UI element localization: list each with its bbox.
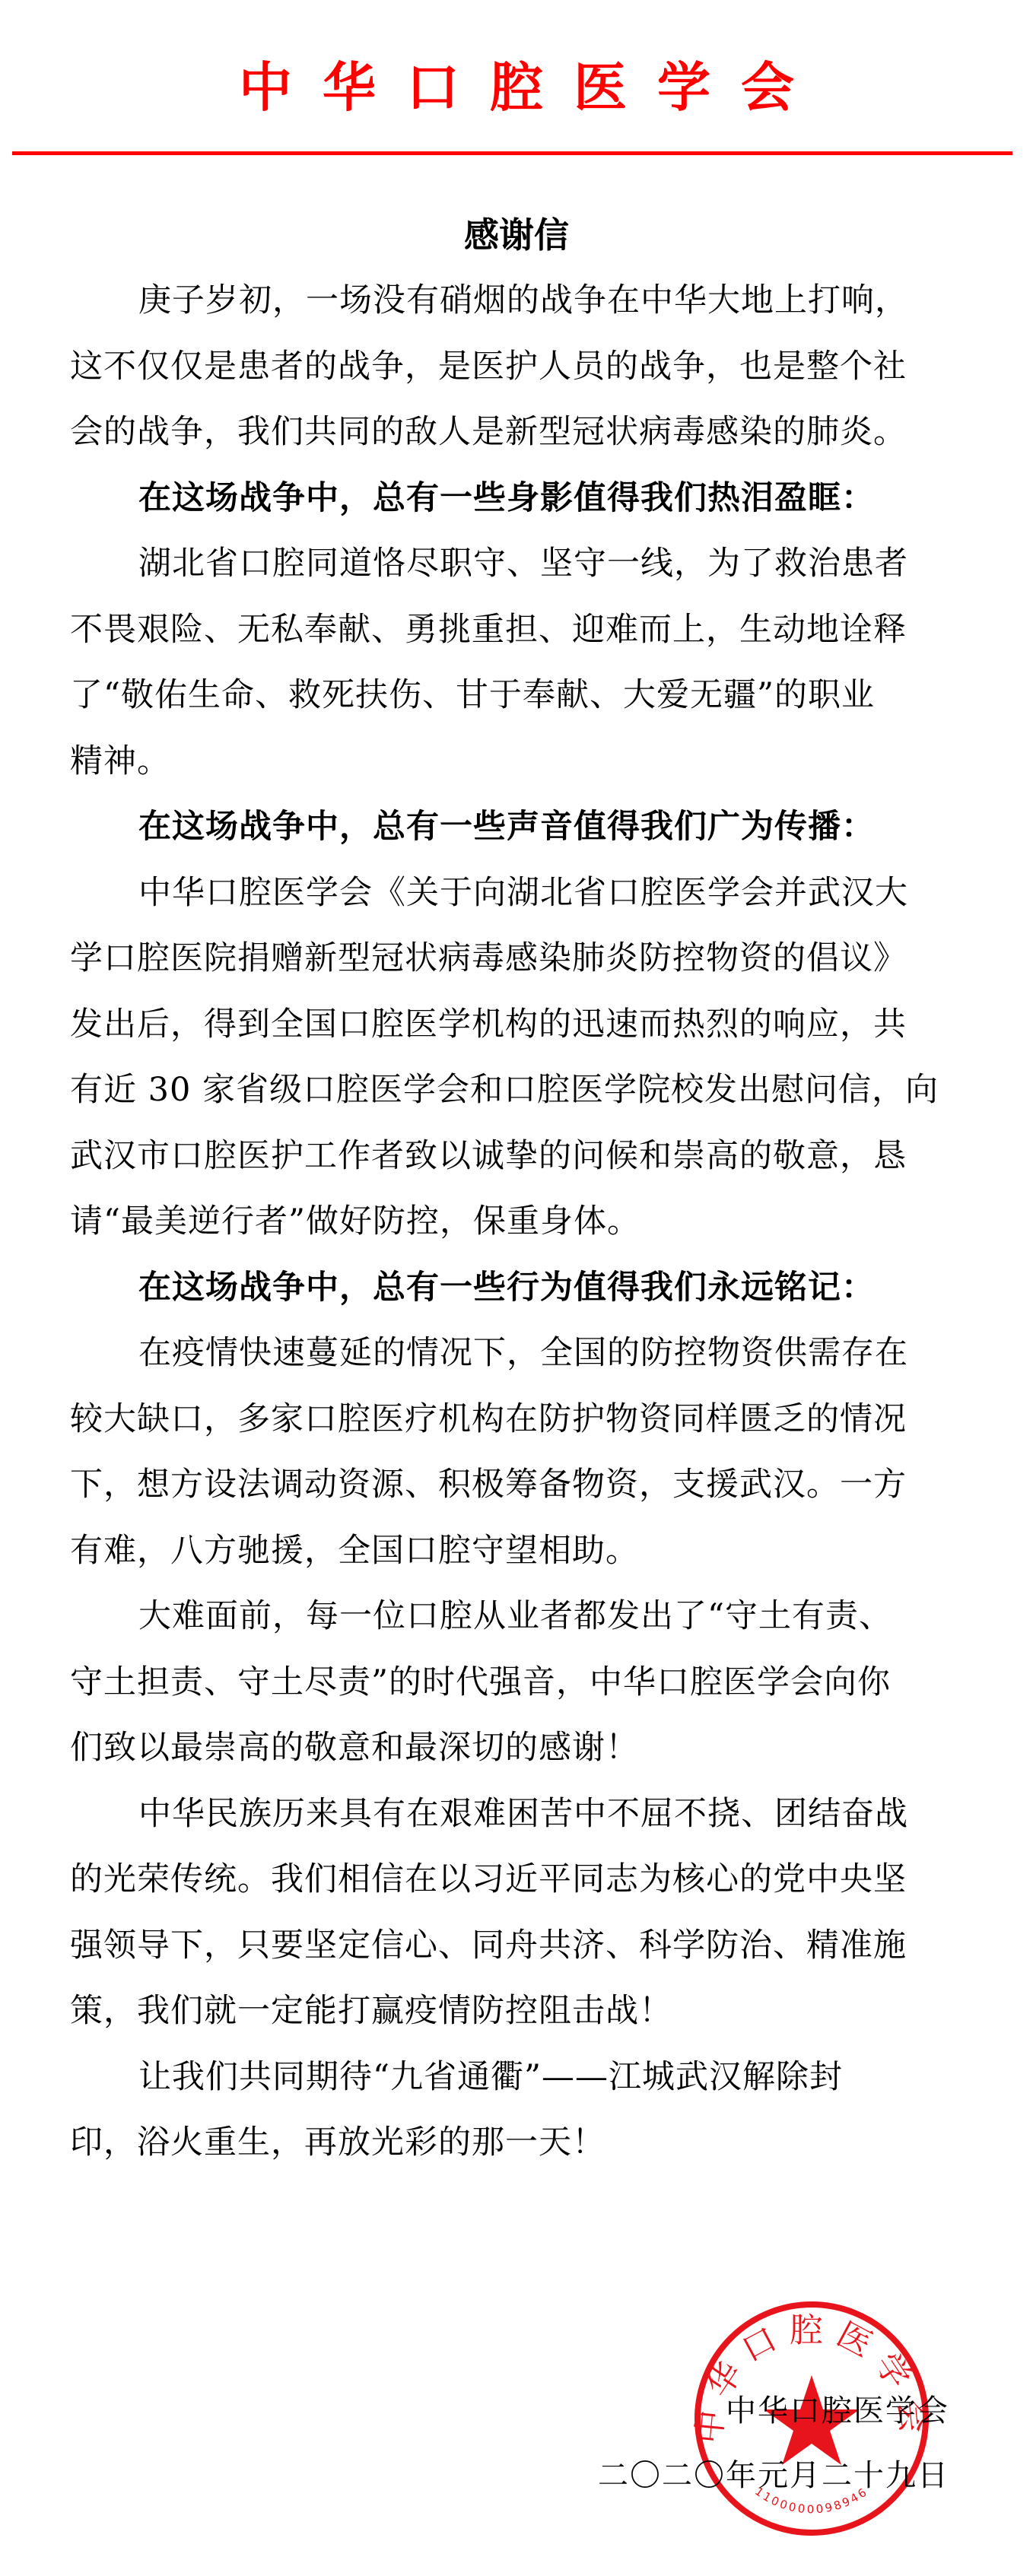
body-text-line: 湖北省口腔同道恪尽职守、坚守一线，为了救治患者 [138,545,908,583]
body-text-line: 大难面前，每一位口腔从业者都发出了“守土有责、 [138,1597,892,1635]
body-text-line: 强领导下，只要坚定信心、同舟共济、科学防治、精准施 [70,1926,907,1965]
signature-date: 二〇二〇年元月二十九日 [598,2457,949,2494]
body-text-line: 学口腔医院捐赠新型冠状病毒感染肺炎防控物资的倡议》 [70,939,907,977]
section-heading-line: 在这场战争中，总有一些身影值得我们热泪盈眶： [138,479,875,517]
section-heading-line: 在这场战争中，总有一些行为值得我们永远铭记： [138,1269,875,1307]
body-text-line: 的光荣传统。我们相信在以习近平同志为核心的党中央坚 [70,1860,907,1898]
body-text-line: 印，浴火重生，再放光彩的那一天！ [70,2123,605,2161]
body-text-line: 不畏艰险、无私奉献、勇挑重担、迎难而上，生动地诠释 [70,611,907,649]
body-text-line: 让我们共同期待“九省通衢”——江城武汉解除封 [138,2058,843,2096]
body-text-line: 有近 30 家省级口腔医学会和口腔医学院校发出慰问信，向 [70,1071,939,1109]
letterhead-rule [12,151,1012,155]
body-text-line: 较大缺口，多家口腔医疗机构在防护物资同样匮乏的情况 [70,1400,907,1438]
body-text-line: 策，我们就一定能打赢疫情防控阻击战！ [70,1992,672,2030]
body-text-line: 武汉市口腔医护工作者致以诚挚的问候和崇高的敬意，恳 [70,1137,907,1175]
body-text-line: 中华口腔医学会《关于向湖北省口腔医学会并武汉大 [138,874,908,912]
section-heading-line: 在这场战争中，总有一些声音值得我们广为传播： [138,808,875,846]
body-text-line: 请“最美逆行者”做好防控，保重身体。 [70,1202,640,1240]
body-text-line: 这不仅仅是患者的战争，是医护人员的战争，也是整个社 [70,348,907,386]
body-text-line: 下，想方设法调动资源、积极筹备物资，支援武汉。一方 [70,1466,907,1504]
letter-title: 感谢信 [0,216,1033,254]
body-text-line: 庚子岁初，一场没有硝烟的战争在中华大地上打响， [138,281,908,319]
body-text-line: 守土担责、守土尽责”的时代强音，中华口腔医学会向你 [70,1663,891,1701]
body-text-line: 精神。 [70,742,170,780]
body-text-line: 们致以最崇高的敬意和最深切的感谢！ [70,1729,639,1767]
body-text-line: 会的战争，我们共同的敌人是新型冠状病毒感染的肺炎。 [70,413,907,451]
body-text-line: 有难，八方驰援，全国口腔守望相助。 [70,1532,639,1570]
body-text-line: 中华民族历来具有在艰难困苦中不屈不挠、团结奋战 [138,1795,908,1833]
body-text-line: 在疫情快速蔓延的情况下，全国的防控物资供需存在 [138,1334,908,1372]
body-text-line: 发出后，得到全国口腔医学机构的迅速而热烈的响应，共 [70,1005,907,1043]
body-text-line: 了“敬佑生命、救死扶伤、甘于奉献、大爱无疆”的职业 [70,676,875,714]
letterhead-title: 中华口腔医学会 [0,55,1033,120]
signature-organization: 中华口腔医学会 [726,2393,949,2429]
